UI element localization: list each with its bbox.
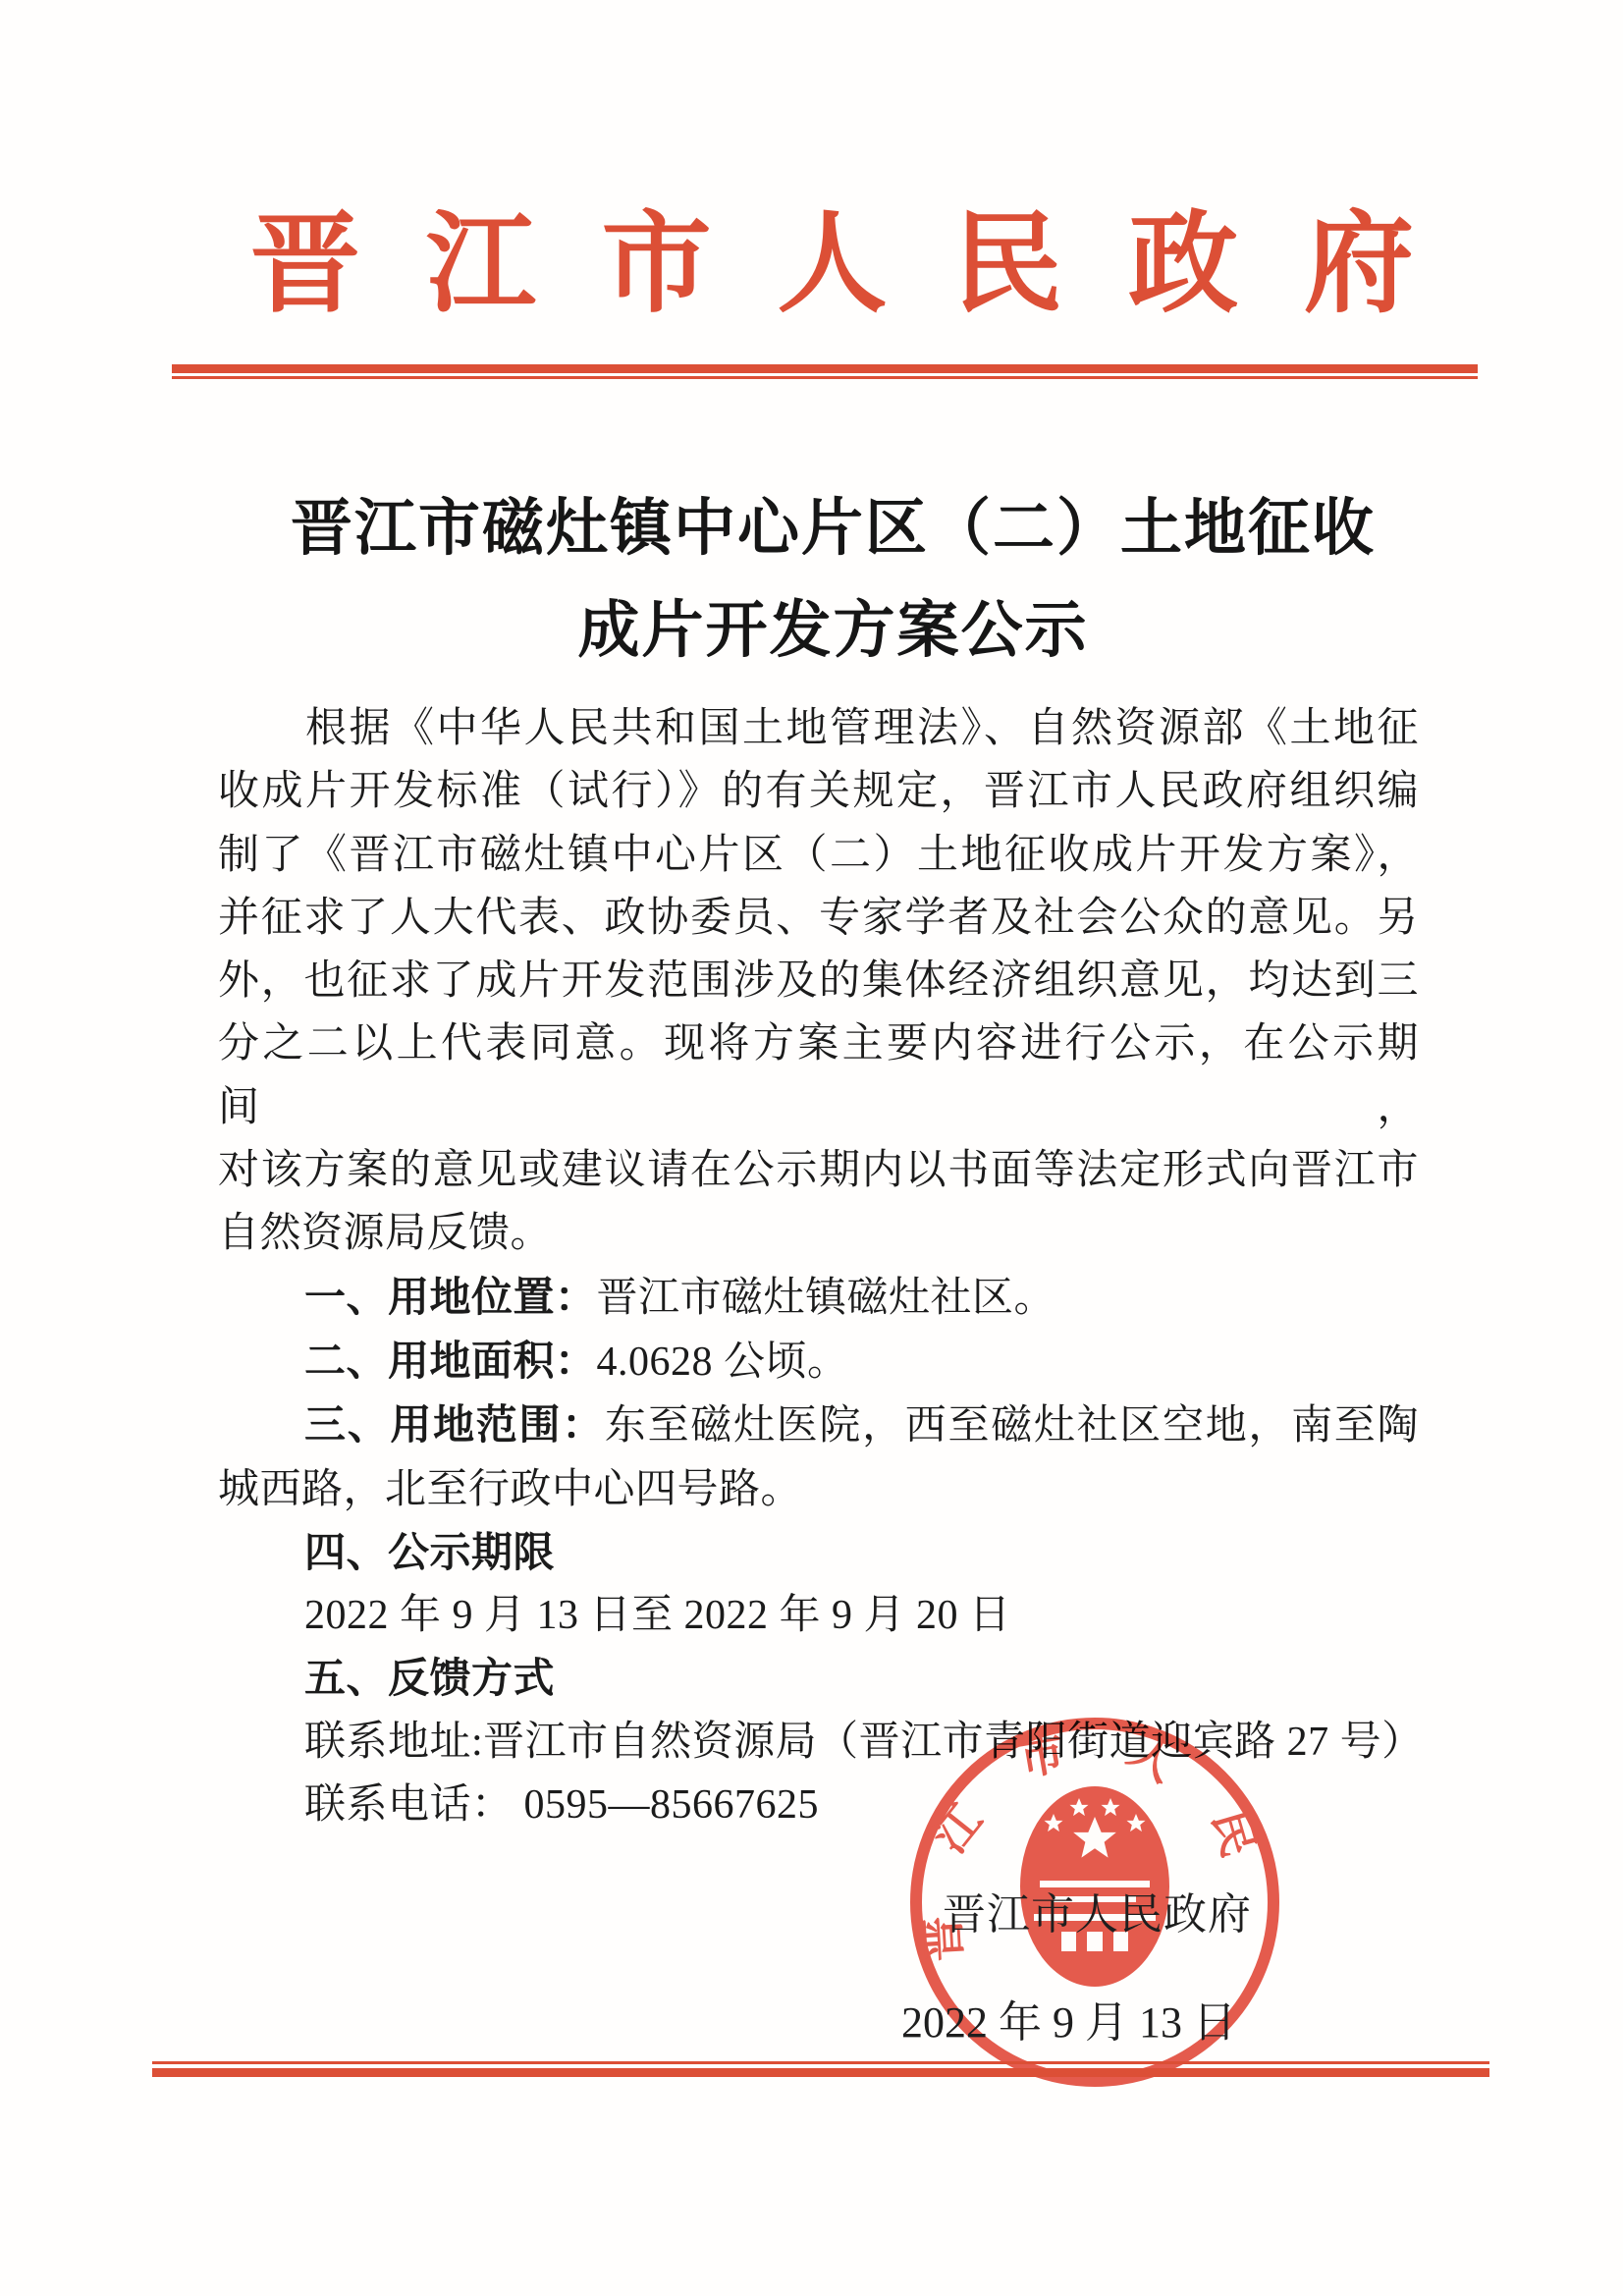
item-label: 一、用地位置： xyxy=(304,1274,597,1320)
document-title-line2: 成片开发方案公示 xyxy=(43,579,1623,682)
body-paragraph-line: 自然资源局反馈。 xyxy=(218,1202,1419,1265)
document-title: 晋江市磁灶镇中心片区（二）土地征收 成片开发方案公示 xyxy=(0,477,1623,682)
document-page: 晋江市人民政府 晋江市磁灶镇中心片区（二）土地征收 成片开发方案公示 根据《中华… xyxy=(0,0,1623,2296)
item-land-location: 一、用地位置：晋江市磁灶镇磁灶社区。 xyxy=(218,1266,1419,1330)
item-text: 晋江市磁灶镇磁灶社区。 xyxy=(597,1276,1056,1321)
letterhead-rule xyxy=(172,364,1478,379)
item-land-scope-continuation: 城西路，北至行政中心四号路。 xyxy=(218,1458,1419,1521)
body-paragraph-line: 并征求了人大代表、政协委员、专家学者及社会公众的意见。另 xyxy=(218,887,1419,950)
body-paragraph-line: 制了《晋江市磁灶镇中心片区（二）土地征收成片开发方案》， xyxy=(218,824,1419,887)
body-paragraph-line: 根据《中华人民共和国土地管理法》、自然资源部《土地征 xyxy=(218,697,1419,760)
item-land-area: 二、用地面积：4.0628 公顷。 xyxy=(218,1330,1419,1394)
document-body: 根据《中华人民共和国土地管理法》、自然资源部《土地征 收成片开发标准（试行）》的… xyxy=(218,697,1419,1836)
signature-issuer: 晋江市人民政府 xyxy=(943,1887,1252,1942)
item-text: 4.0628 公顷。 xyxy=(597,1339,849,1385)
body-paragraph-line: 外，也征求了成片开发范围涉及的集体经济组织意见，均达到三 xyxy=(218,950,1419,1012)
item-land-scope: 三、用地范围：东至磁灶医院，西至磁灶社区空地，南至陶 xyxy=(218,1394,1419,1457)
section-publicity-period-label: 四、公示期限 xyxy=(218,1521,1419,1584)
footer-rule-thick xyxy=(152,2068,1489,2077)
footer-rule xyxy=(152,2061,1489,2077)
item-label: 二、用地面积： xyxy=(304,1338,597,1384)
section-feedback-method-label: 五、反馈方式 xyxy=(218,1647,1419,1710)
document-title-line1: 晋江市磁灶镇中心片区（二）土地征收 xyxy=(43,477,1623,579)
letterhead-issuer: 晋江市人民政府 xyxy=(250,199,1414,331)
letterhead-rule-thin xyxy=(172,376,1478,379)
item-text: 东至磁灶医院，西至磁灶社区空地，南至陶 xyxy=(605,1403,1419,1449)
body-paragraph-line: 收成片开发标准（试行）》的有关规定，晋江市人民政府组织编 xyxy=(218,760,1419,823)
body-paragraph-line: 对该方案的意见或建议请在公示期内以书面等法定形式向晋江市 xyxy=(218,1139,1419,1202)
item-label: 三、用地范围： xyxy=(304,1401,605,1448)
footer-rule-thin xyxy=(152,2061,1489,2064)
national-emblem-icon xyxy=(1020,1786,1169,1987)
letterhead-rule-thick xyxy=(172,364,1478,373)
signature-date: 2022 年 9 月 13 日 xyxy=(901,1995,1236,2050)
publicity-period-dates: 2022 年 9 月 13 日至 2022 年 9 月 20 日 xyxy=(218,1584,1419,1647)
body-paragraph-line: 分之二以上代表同意。现将方案主要内容进行公示，在公示期间， xyxy=(218,1012,1419,1139)
